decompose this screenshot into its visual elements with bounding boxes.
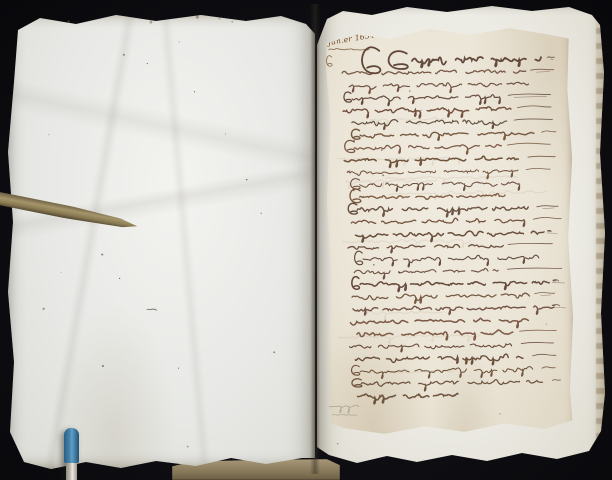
pen-body [66, 463, 77, 480]
pen [64, 428, 79, 480]
pen-cap [64, 428, 79, 463]
book-gutter-shadow [310, 4, 320, 474]
manuscript-photo: Jan.er 1654 [0, 0, 612, 480]
left-blank-page [6, 12, 315, 470]
manuscript-sheet: Jan.er 1654 [324, 19, 575, 442]
